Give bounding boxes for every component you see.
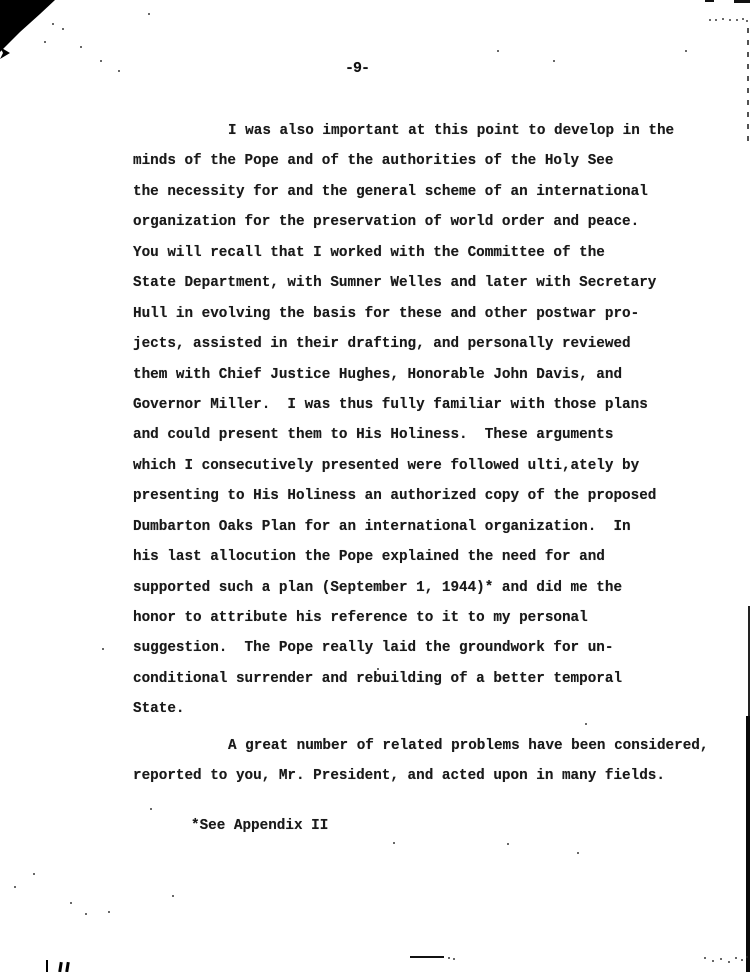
noise-speck (712, 960, 714, 962)
noise-speck (85, 913, 87, 915)
noise-speck (715, 19, 717, 21)
noise-speck (393, 842, 395, 844)
text-line: Governor Miller. I was thus fully famili… (133, 390, 693, 420)
text-line: organization for the preservation of wor… (133, 207, 693, 237)
noise-speck (722, 18, 724, 20)
noise-speck (70, 902, 72, 904)
text-line: I was also important at this point to de… (133, 116, 693, 146)
text-line: the necessity for and the general scheme… (133, 177, 693, 207)
noise-speck (746, 956, 748, 958)
noise-speck (172, 895, 174, 897)
text-line: them with Chief Justice Hughes, Honorabl… (133, 360, 693, 390)
noise-speck (746, 20, 748, 22)
text-line: jects, assisted in their drafting, and p… (133, 329, 693, 359)
noise-speck (728, 961, 730, 963)
scan-bottom-dash (410, 956, 444, 958)
scan-top-edge-mark (734, 0, 750, 3)
scan-right-edge-dashed-line (747, 28, 749, 146)
noise-speck (62, 28, 64, 30)
noise-speck (735, 957, 737, 959)
text-line: honor to attribute his reference to it t… (133, 603, 693, 633)
noise-speck (507, 843, 509, 845)
noise-speck (150, 808, 152, 810)
text-line: State. (133, 694, 693, 724)
text-line: presenting to His Holiness an authorized… (133, 481, 693, 511)
text-line: Dumbarton Oaks Plan for an international… (133, 512, 693, 542)
noise-speck (453, 958, 455, 960)
text-line: conditional surrender and rebuilding of … (133, 664, 693, 694)
noise-speck (14, 886, 16, 888)
noise-speck (685, 50, 687, 52)
scan-top-edge-mark (705, 0, 714, 2)
text-line: his last allocution the Pope explained t… (133, 542, 693, 572)
scan-bottom-mark (58, 962, 62, 972)
footnote: *See Appendix II (191, 818, 328, 834)
text-line: and could present them to His Holiness. … (133, 420, 693, 450)
text-line: suggestion. The Pope really laid the gro… (133, 633, 693, 663)
noise-speck (102, 648, 104, 650)
noise-speck (497, 50, 499, 52)
text-line: Hull in evolving the basis for these and… (133, 299, 693, 329)
scan-corner-fold-artifact (0, 0, 80, 64)
text-line: which I consecutively presented were fol… (133, 451, 693, 481)
noise-speck (742, 18, 744, 20)
text-line: supported such a plan (September 1, 1944… (133, 573, 693, 603)
text-line: reported to you, Mr. President, and acte… (133, 761, 693, 791)
scan-right-edge-line-thick (746, 716, 750, 972)
scan-corner-spike-artifact (0, 47, 10, 59)
text-line: State Department, with Sumner Welles and… (133, 268, 693, 298)
text-line: minds of the Pope and of the authorities… (133, 146, 693, 176)
noise-speck (709, 19, 711, 21)
noise-speck (577, 852, 579, 854)
noise-speck (704, 957, 706, 959)
noise-speck (448, 957, 450, 959)
text-line: You will recall that I worked with the C… (133, 238, 693, 268)
text-line: A great number of related problems have … (133, 731, 693, 761)
page-number: -9- (0, 60, 714, 77)
noise-speck (741, 959, 743, 961)
noise-speck (108, 911, 110, 913)
scan-bottom-mark (46, 960, 48, 972)
document-body: I was also important at this point to de… (133, 116, 693, 792)
noise-speck (729, 19, 731, 21)
noise-speck (736, 19, 738, 21)
noise-speck (33, 873, 35, 875)
noise-speck (148, 13, 150, 15)
noise-speck (52, 23, 54, 25)
scan-bottom-mark (65, 962, 69, 972)
noise-speck (44, 41, 46, 43)
document-page: -9- I was also important at this point t… (0, 0, 750, 972)
noise-speck (720, 958, 722, 960)
noise-speck (80, 46, 82, 48)
